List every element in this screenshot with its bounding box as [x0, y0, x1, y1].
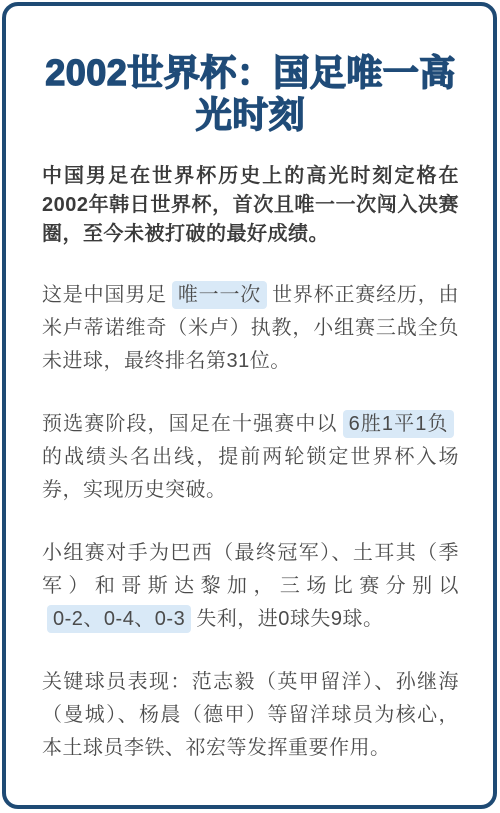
info-card: 2002世界杯：国足唯一高光时刻 中国男足在世界杯历史上的高光时刻定格在2002… — [2, 2, 497, 809]
paragraph-text: 小组赛对手为巴西（最终冠军）、土耳其（季军）和哥斯达黎加，三场比赛分别以 — [42, 542, 459, 597]
highlight-text: 唯一一次 — [172, 281, 267, 309]
highlight-text: 0-2、0-4、0-3 — [47, 605, 191, 633]
highlight-text: 6胜1平1负 — [343, 410, 454, 438]
paragraph: 中国男足在世界杯历史上的高光时刻定格在2002年韩日世界杯，首次且唯一一次闯入决… — [42, 162, 459, 249]
paragraph-text: 预选赛阶段，国足在十强赛中以 — [42, 413, 338, 435]
paragraph: 这是中国男足唯一一次世界杯正赛经历，由米卢蒂诺维奇（米卢）执教，小组赛三战全负未… — [42, 279, 459, 378]
paragraph: 预选赛阶段，国足在十强赛中以6胜1平1负的战绩头名出线，提前两轮锁定世界杯入场券… — [42, 408, 459, 507]
paragraph-text: 关键球员表现：范志毅（英甲留洋）、孙继海（曼城）、杨晨（德甲）等留洋球员为核心，… — [42, 671, 459, 759]
paragraph: 小组赛对手为巴西（最终冠军）、土耳其（季军）和哥斯达黎加，三场比赛分别以0-2、… — [42, 537, 459, 636]
screenshot-viewport: 2002世界杯：国足唯一高光时刻 中国男足在世界杯历史上的高光时刻定格在2002… — [0, 0, 500, 813]
page-title: 2002世界杯：国足唯一高光时刻 — [42, 52, 459, 136]
paragraph-text: 中国男足在世界杯历史上的高光时刻定格在2002年韩日世界杯，首次且唯一一次闯入决… — [42, 165, 459, 245]
paragraph-text: 的战绩头名出线，提前两轮锁定世界杯入场券，实现历史突破。 — [42, 446, 459, 501]
paragraph-text: 这是中国男足 — [42, 284, 167, 306]
paragraph: 关键球员表现：范志毅（英甲留洋）、孙继海（曼城）、杨晨（德甲）等留洋球员为核心，… — [42, 666, 459, 765]
paragraph-text: 失利，进0球失9球。 — [196, 608, 383, 630]
article-body: 中国男足在世界杯历史上的高光时刻定格在2002年韩日世界杯，首次且唯一一次闯入决… — [42, 162, 459, 765]
card-content: 2002世界杯：国足唯一高光时刻 中国男足在世界杯历史上的高光时刻定格在2002… — [6, 6, 493, 765]
